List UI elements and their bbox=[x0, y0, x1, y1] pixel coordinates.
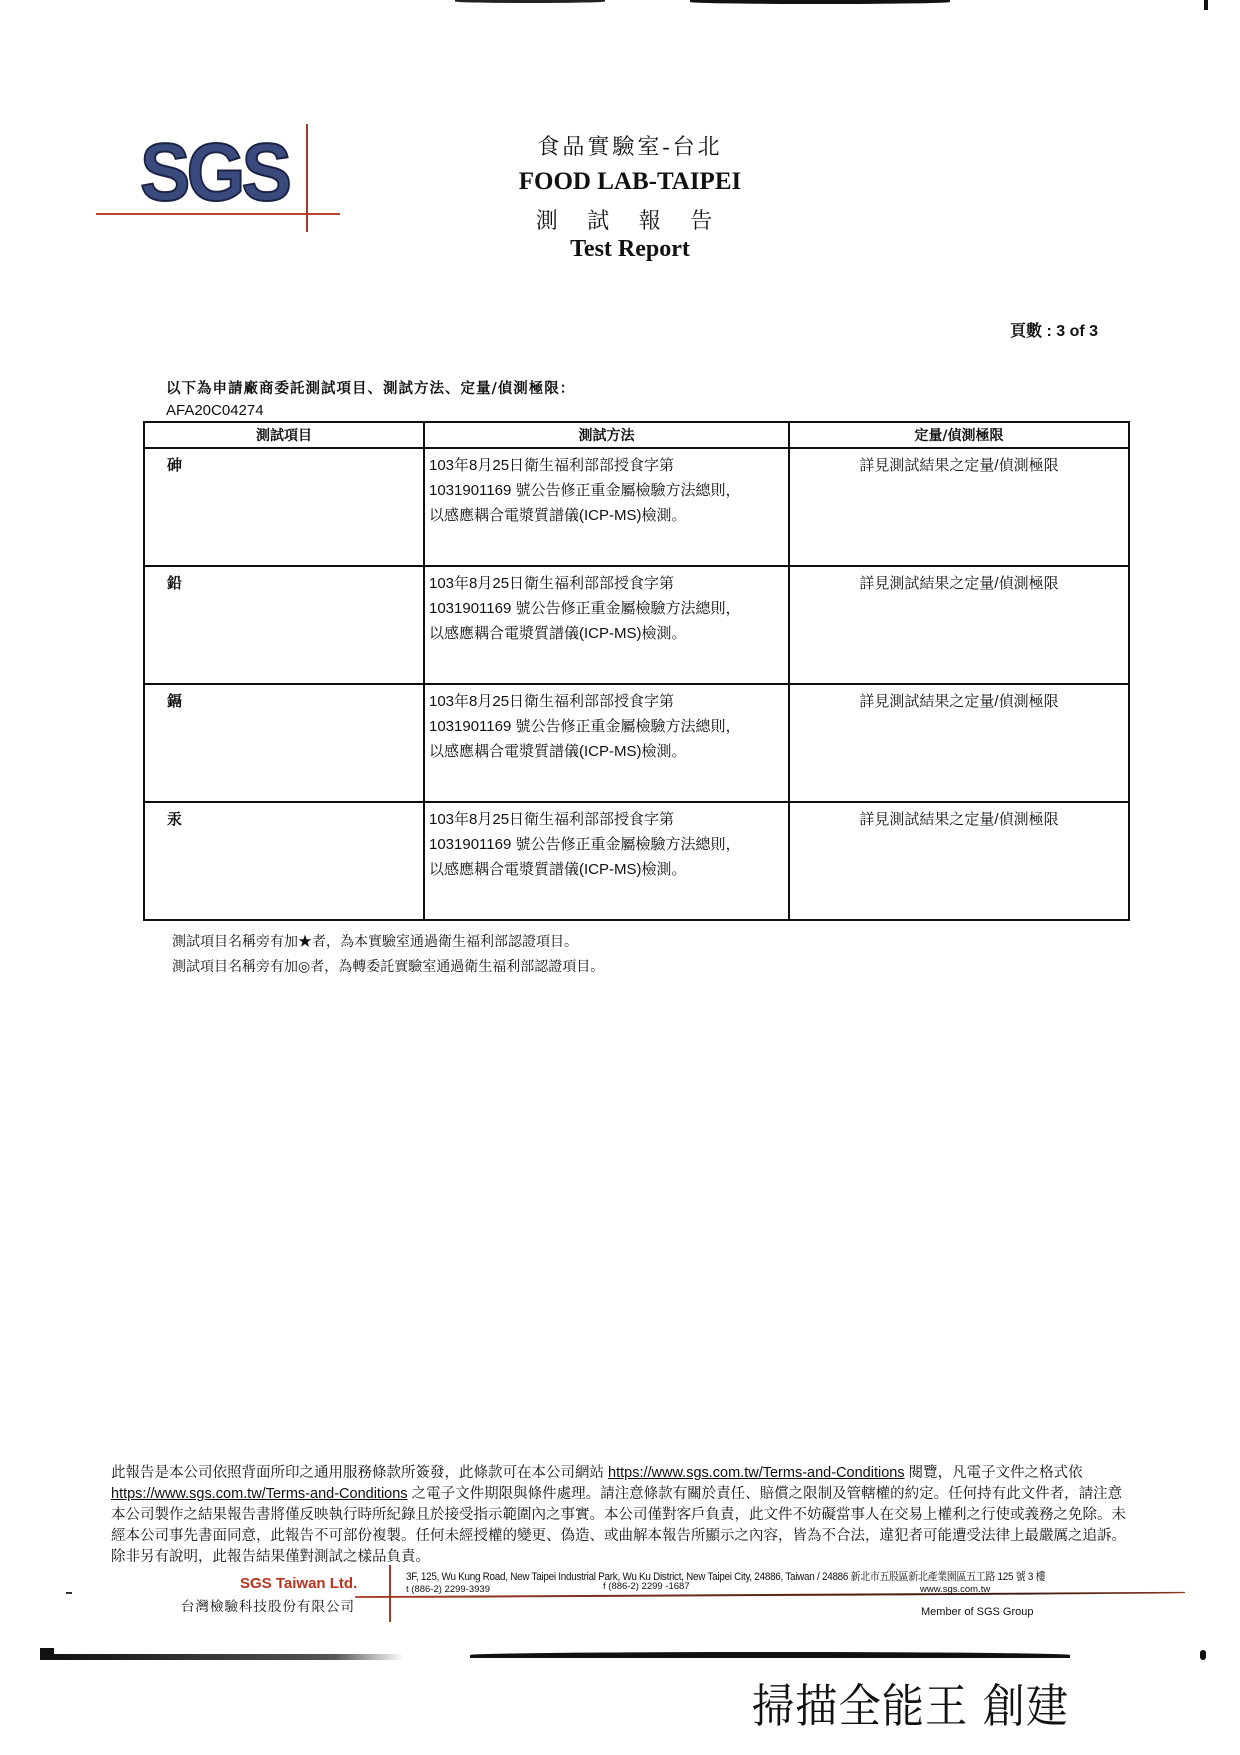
footer-divider-vertical bbox=[389, 1565, 391, 1622]
certification-notes: 測試項目名稱旁有加★者，為本實驗室通過衛生福利部認證項目。 測試項目名稱旁有加◎… bbox=[172, 930, 604, 980]
method-line: 103年8月25日衛生福利部部授食字第 bbox=[429, 453, 784, 478]
disclaimer-line: 此報告是本公司依照背面所印之通用服務條款所簽發，此條款可在本公司網站 https… bbox=[111, 1463, 1171, 1484]
scan-edge-mark bbox=[1200, 1650, 1206, 1660]
test-item: 汞 bbox=[144, 802, 424, 920]
scan-edge-shadow bbox=[455, 0, 605, 3]
disclaimer-text: 之電子文件期限與條件處理。請注意條款有關於責任、賠償之限制及管轄權的約定。任何持… bbox=[408, 1486, 1123, 1502]
scan-edge-mark bbox=[66, 1592, 72, 1594]
scanner-watermark: 掃描全能王 創建 bbox=[752, 1670, 1069, 1736]
intro-heading: 以下為申請廠商委託測試項目、測試方法、定量/偵測極限： bbox=[166, 377, 575, 398]
company-fax: f (886-2) 2299 -1687 bbox=[603, 1581, 690, 1592]
disclaimer-line: 本公司製作之結果報告書將僅反映執行時所紀錄且於接受指示範圍內之事實。本公司僅對客… bbox=[111, 1505, 1171, 1526]
disclaimer-line: 除非另有說明，此報告結果僅對測試之樣品負責。 bbox=[111, 1547, 1171, 1568]
lab-name-cn: 食品實驗室-台北 bbox=[470, 130, 790, 161]
report-id: AFA20C04274 bbox=[166, 402, 264, 419]
test-method: 103年8月25日衛生福利部部授食字第 1031901169 號公告修正重金屬檢… bbox=[424, 566, 789, 684]
method-line: 1031901169 號公告修正重金屬檢驗方法總則， bbox=[429, 478, 784, 503]
column-header-method: 測試方法 bbox=[424, 422, 789, 448]
detection-limit: 詳見測試結果之定量/偵測極限 bbox=[789, 684, 1129, 802]
sgs-logo: SGS bbox=[140, 128, 310, 218]
method-line: 103年8月25日衛生福利部部授食字第 bbox=[429, 689, 784, 714]
disclaimer-line: 經本公司事先書面同意，此報告不可部份複製。任何未經授權的變更、偽造、或曲解本報告… bbox=[111, 1526, 1171, 1547]
test-method: 103年8月25日衛生福利部部授食字第 1031901169 號公告修正重金屬檢… bbox=[424, 802, 789, 920]
method-line: 1031901169 號公告修正重金屬檢驗方法總則， bbox=[429, 596, 784, 621]
logo-divider-horizontal bbox=[96, 213, 340, 215]
company-address: 3F, 125, Wu Kung Road, New Taipei Indust… bbox=[406, 1568, 1045, 1584]
scan-edge-shadow bbox=[690, 0, 950, 4]
sgs-logo-text: SGS bbox=[140, 128, 288, 218]
note-star: 測試項目名稱旁有加★者，為本實驗室通過衛生福利部認證項目。 bbox=[172, 930, 604, 955]
company-name-en: SGS Taiwan Ltd. bbox=[240, 1575, 355, 1592]
disclaimer-text: 閱覽，凡電子文件之格式依 bbox=[905, 1465, 1083, 1481]
method-line: 103年8月25日衛生福利部部授食字第 bbox=[429, 807, 784, 832]
terms-link[interactable]: https://www.sgs.com.tw/Terms-and-Conditi… bbox=[111, 1486, 408, 1502]
table-header-row: 測試項目 測試方法 定量/偵測極限 bbox=[144, 422, 1129, 448]
logo-divider-vertical bbox=[306, 124, 308, 232]
method-line: 以感應耦合電漿質譜儀(ICP-MS)檢測。 bbox=[429, 739, 784, 764]
method-line: 1031901169 號公告修正重金屬檢驗方法總則， bbox=[429, 714, 784, 739]
test-method: 103年8月25日衛生福利部部授食字第 1031901169 號公告修正重金屬檢… bbox=[424, 448, 789, 566]
method-line: 以感應耦合電漿質譜儀(ICP-MS)檢測。 bbox=[429, 857, 784, 882]
method-line: 103年8月25日衛生福利部部授食字第 bbox=[429, 571, 784, 596]
detection-limit: 詳見測試結果之定量/偵測極限 bbox=[789, 802, 1129, 920]
table-row: 鉛 103年8月25日衛生福利部部授食字第 1031901169 號公告修正重金… bbox=[144, 566, 1129, 684]
method-line: 1031901169 號公告修正重金屬檢驗方法總則， bbox=[429, 832, 784, 857]
method-line: 以感應耦合電漿質譜儀(ICP-MS)檢測。 bbox=[429, 621, 784, 646]
page-number: 頁數 : 3 of 3 bbox=[1010, 318, 1098, 341]
table-row: 鎘 103年8月25日衛生福利部部授食字第 1031901169 號公告修正重金… bbox=[144, 684, 1129, 802]
detection-limit: 詳見測試結果之定量/偵測極限 bbox=[789, 448, 1129, 566]
test-item: 砷 bbox=[144, 448, 424, 566]
legal-disclaimer: 此報告是本公司依照背面所印之通用服務條款所簽發，此條款可在本公司網站 https… bbox=[111, 1463, 1171, 1568]
test-item: 鉛 bbox=[144, 566, 424, 684]
column-header-limit: 定量/偵測極限 bbox=[789, 422, 1129, 448]
method-line: 以感應耦合電漿質譜儀(ICP-MS)檢測。 bbox=[429, 503, 784, 528]
scan-edge-shadow bbox=[40, 1648, 1190, 1660]
company-phone: t (886-2) 2299-3939 bbox=[406, 1584, 490, 1595]
disclaimer-line: https://www.sgs.com.tw/Terms-and-Conditi… bbox=[111, 1484, 1171, 1505]
scan-edge-mark bbox=[1204, 0, 1208, 10]
table-row: 汞 103年8月25日衛生福利部部授食字第 1031901169 號公告修正重金… bbox=[144, 802, 1129, 920]
company-name-cn: 台灣檢驗科技股份有限公司 bbox=[170, 1595, 355, 1615]
detection-limit: 詳見測試結果之定量/偵測極限 bbox=[789, 566, 1129, 684]
member-of-group: Member of SGS Group bbox=[921, 1606, 1034, 1618]
report-title-cn: 測 試 報 告 bbox=[470, 204, 790, 235]
table-row: 砷 103年8月25日衛生福利部部授食字第 1031901169 號公告修正重金… bbox=[144, 448, 1129, 566]
test-methods-table: 測試項目 測試方法 定量/偵測極限 砷 103年8月25日衛生福利部部授食字第 … bbox=[143, 421, 1130, 921]
test-method: 103年8月25日衛生福利部部授食字第 1031901169 號公告修正重金屬檢… bbox=[424, 684, 789, 802]
test-item: 鎘 bbox=[144, 684, 424, 802]
company-website[interactable]: www.sgs.com.tw bbox=[920, 1584, 990, 1595]
disclaimer-text: 此報告是本公司依照背面所印之通用服務條款所簽發，此條款可在本公司網站 bbox=[111, 1465, 608, 1481]
lab-name-en: FOOD LAB-TAIPEI bbox=[470, 168, 790, 196]
report-title-en: Test Report bbox=[470, 236, 790, 263]
note-double-circle: 測試項目名稱旁有加◎者，為轉委託實驗室通過衛生福利部認證項目。 bbox=[172, 955, 604, 980]
column-header-item: 測試項目 bbox=[144, 422, 424, 448]
terms-link[interactable]: https://www.sgs.com.tw/Terms-and-Conditi… bbox=[608, 1465, 905, 1481]
